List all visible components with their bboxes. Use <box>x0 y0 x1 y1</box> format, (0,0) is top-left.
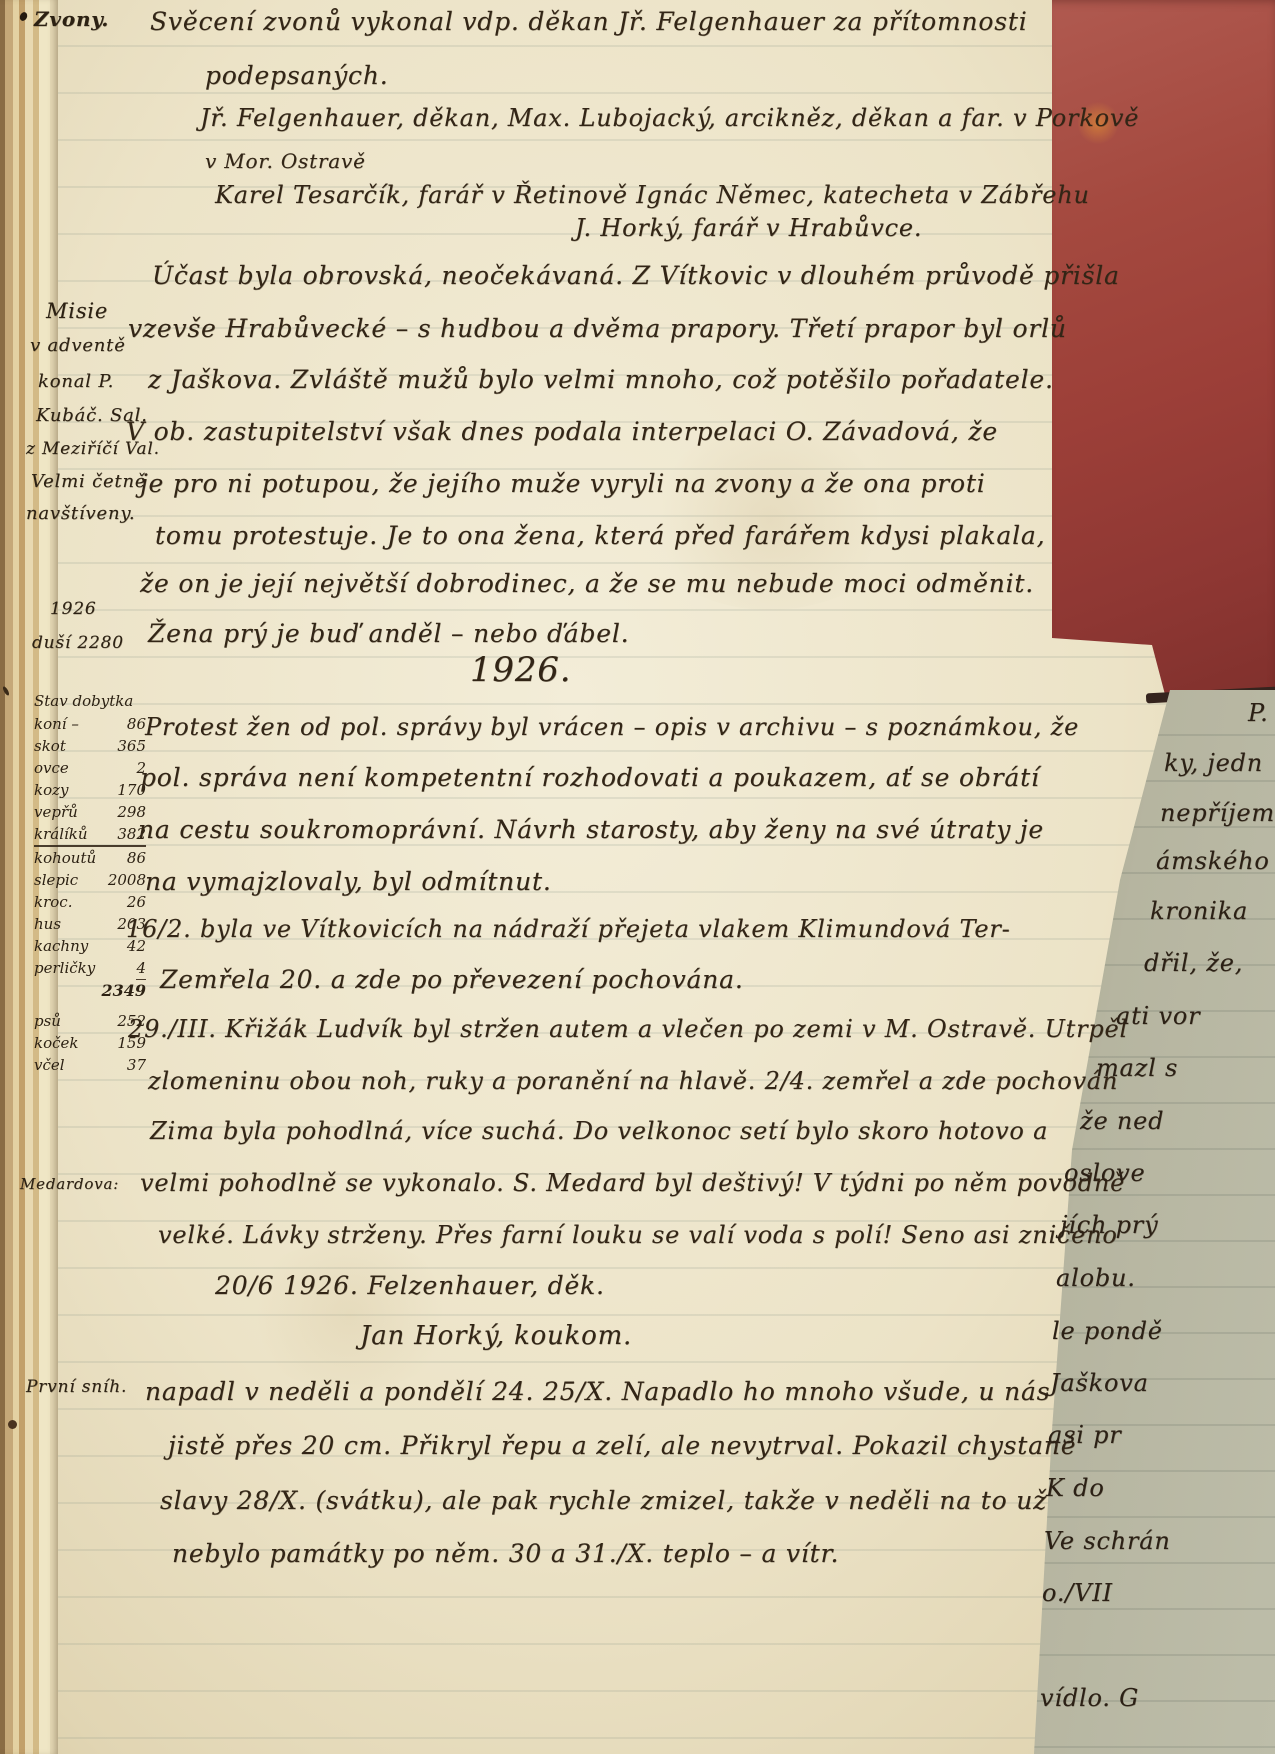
margin-note-misie-line: v adventě <box>30 336 126 356</box>
handwriting-line: Účast byla obrovská, neočekávaná. Z Vítk… <box>152 262 1120 290</box>
handwriting-line: podepsaných. <box>205 62 388 90</box>
second-page-fragment: nepříjem <box>1160 800 1275 826</box>
second-page-fragment: jích prý <box>1060 1212 1158 1238</box>
margin-note-misie-line: Misie <box>46 300 108 323</box>
handwriting-line: zlomeninu obou noh, ruky a poranění na h… <box>148 1068 1118 1094</box>
livestock-label: koček <box>34 1032 79 1054</box>
livestock-label: králíků <box>34 823 88 845</box>
livestock-label: skot <box>34 735 66 757</box>
second-page-fragment: kronika <box>1150 898 1248 924</box>
handwriting-line: na cestu soukromoprávní. Návrh starosty,… <box>138 816 1044 844</box>
second-page-fragment: Jaškova <box>1050 1370 1149 1396</box>
handwriting-line: Jan Horký, koukom. <box>360 1322 632 1351</box>
livestock-label: včel <box>34 1054 65 1076</box>
handwriting-line: 16/2. byla ve Vítkovicích na nádraží pře… <box>126 916 1011 942</box>
second-page-fragment: oslove <box>1064 1160 1145 1186</box>
handwriting-line: Svěcení zvonů vykonal vdp. děkan Jř. Fel… <box>150 8 1028 36</box>
handwriting-line: napadl v neděli a pondělí 24. 25/X. Napa… <box>145 1378 1050 1406</box>
second-page-fragment: že ned <box>1080 1108 1164 1134</box>
livestock-label: hus <box>34 913 61 935</box>
margin-note-first-snow: První sníh. <box>26 1378 127 1397</box>
margin-note-misie-line: Velmi četně <box>31 472 146 492</box>
livestock-label: perličky <box>34 957 95 980</box>
handwriting-line: velmi pohodlně se vykonalo. S. Medard by… <box>140 1170 1125 1196</box>
handwriting-line: vzevše Hrabůvecké – s hudbou a dvěma pra… <box>128 315 1067 343</box>
second-page-fragment: K do <box>1046 1475 1105 1501</box>
livestock-label: psů <box>34 1010 61 1032</box>
second-page-fragment: asi pr <box>1048 1422 1122 1448</box>
livestock-row: perličky4 <box>34 957 146 980</box>
margin-note-year: 1926 <box>50 600 96 619</box>
handwriting-line: Žena prý je buď anděl – nebo ďábel. <box>148 620 629 648</box>
handwriting-line: J. Horký, farář v Hrabůvce. <box>575 215 922 241</box>
second-page-fragment: P. <box>1248 700 1269 726</box>
livestock-row: králíků382 <box>34 823 146 847</box>
livestock-row: kozy170 <box>34 779 146 801</box>
handwriting-line: Zima byla pohodlná, více suchá. Do velko… <box>150 1118 1048 1144</box>
spacer <box>34 1002 146 1010</box>
livestock-row: vepřů298 <box>34 801 146 823</box>
livestock-label: kroc. <box>34 891 72 913</box>
second-page-fragment: vídlo. G <box>1040 1685 1139 1711</box>
handwriting-line: V ob. zastupitelství však dnes podala in… <box>126 418 998 446</box>
livestock-row: koní –86 <box>34 713 146 735</box>
handwriting-line: že on je její největší dobrodinec, a že … <box>140 570 1034 598</box>
second-page-fragment: o./VII <box>1042 1580 1113 1606</box>
livestock-row: kroc.26 <box>34 891 146 913</box>
livestock-value: 86 <box>127 847 146 869</box>
livestock-row: ovce2 <box>34 757 146 779</box>
handwriting-line: pol. správa není kompetentní rozhodovati… <box>140 764 1040 792</box>
ink-speck <box>8 1420 17 1429</box>
margin-note-medard: Medardova: <box>20 1176 119 1193</box>
margin-note-souls: duší 2280 <box>32 634 124 653</box>
handwriting-line: Karel Tesarčík, farář v Řetinově Ignác N… <box>215 182 1090 208</box>
handwriting-line: 20/6 1926. Felzenhauer, děk. <box>215 1272 605 1300</box>
second-page-fragment: ky, jedn <box>1164 750 1263 776</box>
livestock-label: ovce <box>34 757 69 779</box>
second-page-fragment: ati vor <box>1116 1003 1200 1029</box>
livestock-label: koní – <box>34 713 79 735</box>
handwriting-line: Zemřela 20. a zde po převezení pochována… <box>160 966 744 994</box>
livestock-value: 4 <box>136 957 146 980</box>
handwriting-line: jistě přes 20 cm. Přikryl řepu a zelí, a… <box>168 1432 1076 1460</box>
margin-note-misie-line: navštíveny. <box>26 504 135 524</box>
livestock-value: 2008 <box>108 869 146 891</box>
livestock-pet-row: včel37 <box>34 1054 146 1076</box>
livestock-total: 2349 <box>34 980 146 1002</box>
second-page-fragment: alobu. <box>1056 1265 1136 1291</box>
second-page-fragment: mazl s <box>1096 1055 1178 1081</box>
handwriting-line: 29./III. Křižák Ludvík byl stržen autem … <box>128 1016 1128 1042</box>
handwriting-line: slavy 28/X. (svátku), ale pak rychle zmi… <box>160 1487 1047 1515</box>
livestock-row: kohoutů86 <box>34 847 146 869</box>
handwriting-line: z Jaškova. Zvláště mužů bylo velmi mnoho… <box>148 366 1054 394</box>
handwriting-line: velké. Lávky strženy. Přes farní louku s… <box>158 1222 1118 1248</box>
second-page-fragment: ámského <box>1156 848 1270 874</box>
handwriting-line: nebylo památky po něm. 30 a 31./X. teplo… <box>172 1540 839 1568</box>
second-page-fragment: Ve schrán <box>1044 1528 1171 1554</box>
livestock-label: kozy <box>34 779 69 801</box>
handwriting-line: je pro ni potupou, že jejího muže vyryli… <box>140 470 986 498</box>
livestock-value: 86 <box>127 713 146 735</box>
handwriting-line: Jř. Felgenhauer, děkan, Max. Lubojacký, … <box>200 105 1139 131</box>
livestock-label: vepřů <box>34 801 78 823</box>
livestock-label: kachny <box>34 935 88 957</box>
livestock-value: 37 <box>127 1054 146 1076</box>
livestock-title: Stav dobytka <box>34 692 146 710</box>
livestock-label: kohoutů <box>34 847 96 869</box>
handwriting-line: v Mor. Ostravě <box>205 150 366 172</box>
livestock-value: 365 <box>117 735 146 757</box>
livestock-row: skot365 <box>34 735 146 757</box>
margin-note-misie-line: konal P. <box>38 372 114 392</box>
paper-stain <box>240 1240 460 1390</box>
handwriting-line: na vymajzlovaly, byl odmítnut. <box>145 868 552 896</box>
handwriting-line: 1926. <box>470 652 571 689</box>
handwriting-line: tomu protestuje. Je to ona žena, která p… <box>155 522 1045 550</box>
second-page-fragment: dřil, že, <box>1144 950 1243 976</box>
margin-note-zvony: Zvony. <box>34 8 109 30</box>
livestock-row: slepic2008 <box>34 869 146 891</box>
handwriting-line: Protest žen od pol. správy byl vrácen – … <box>145 714 1079 740</box>
livestock-label: slepic <box>34 869 78 891</box>
second-page-fragment: le pondě <box>1052 1318 1163 1344</box>
chronicle-photo: Zvony. Misiev adventěkonal P.Kubáč. Sal.… <box>0 0 1275 1754</box>
livestock-value: 26 <box>127 891 146 913</box>
